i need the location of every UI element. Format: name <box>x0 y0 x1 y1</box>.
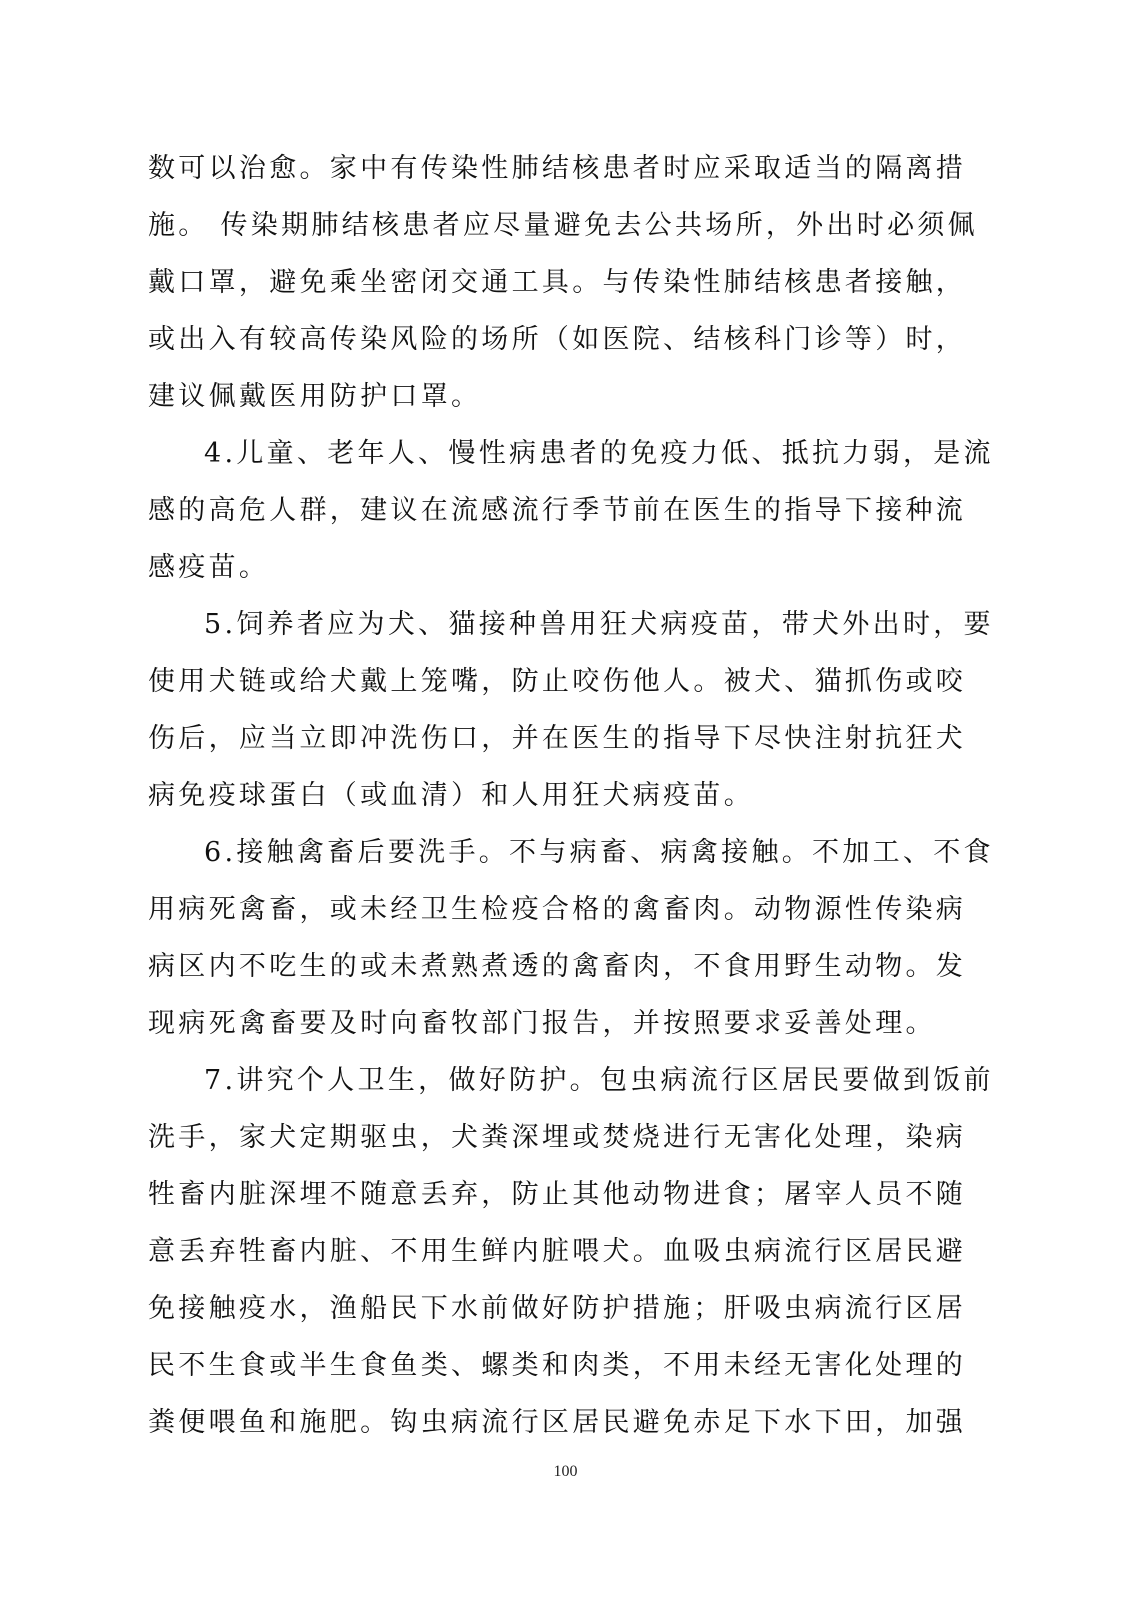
paragraph-item-5-rabies: 5.饲养者应为犬、猫接种兽用狂犬病疫苗，带犬外出时，要 使用犬链或给犬戴上笼嘴，… <box>148 596 964 824</box>
text-line: 数可以治愈。家中有传染性肺结核患者时应采取适当的隔离措 <box>148 140 964 197</box>
paragraph-item-4-influenza: 4.儿童、老年人、慢性病患者的免疫力低、抵抗力弱，是流 感的高危人群，建议在流感… <box>148 425 964 596</box>
text-line: 感的高危人群，建议在流感流行季节前在医生的指导下接种流 <box>148 482 964 539</box>
text-line: 5.饲养者应为犬、猫接种兽用狂犬病疫苗，带犬外出时，要 <box>148 596 964 653</box>
text-line: 病区内不吃生的或未煮熟煮透的禽畜肉，不食用野生动物。发 <box>148 938 964 995</box>
paragraph-item-7-parasites: 7.讲究个人卫生，做好防护。包虫病流行区居民要做到饭前 洗手，家犬定期驱虫，犬粪… <box>148 1052 964 1451</box>
text-line: 感疫苗。 <box>148 539 964 596</box>
document-body: 数可以治愈。家中有传染性肺结核患者时应采取适当的隔离措 施。 传染期肺结核患者应… <box>148 140 964 1451</box>
text-line: 洗手，家犬定期驱虫，犬粪深埋或焚烧进行无害化处理，染病 <box>148 1109 964 1166</box>
text-line: 牲畜内脏深埋不随意丢弃，防止其他动物进食；屠宰人员不随 <box>148 1166 964 1223</box>
text-line: 戴口罩，避免乘坐密闭交通工具。与传染性肺结核患者接触， <box>148 254 964 311</box>
text-line: 7.讲究个人卫生，做好防护。包虫病流行区居民要做到饭前 <box>148 1052 964 1109</box>
text-line: 民不生食或半生食鱼类、螺类和肉类，不用未经无害化处理的 <box>148 1337 964 1394</box>
text-line: 6.接触禽畜后要洗手。不与病畜、病禽接触。不加工、不食 <box>148 824 964 881</box>
text-line: 免接触疫水，渔船民下水前做好防护措施；肝吸虫病流行区居 <box>148 1280 964 1337</box>
text-line: 粪便喂鱼和施肥。钩虫病流行区居民避免赤足下水下田，加强 <box>148 1394 964 1451</box>
text-line: 使用犬链或给犬戴上笼嘴，防止咬伤他人。被犬、猫抓伤或咬 <box>148 653 964 710</box>
text-line: 建议佩戴医用防护口罩。 <box>148 368 964 425</box>
page-number: 100 <box>0 1463 1131 1481</box>
text-line: 或出入有较高传染风险的场所（如医院、结核科门诊等）时， <box>148 311 964 368</box>
text-line: 意丢弃牲畜内脏、不用生鲜内脏喂犬。血吸虫病流行区居民避 <box>148 1223 964 1280</box>
text-line: 伤后，应当立即冲洗伤口，并在医生的指导下尽快注射抗狂犬 <box>148 710 964 767</box>
text-line: 现病死禽畜要及时向畜牧部门报告，并按照要求妥善处理。 <box>148 995 964 1052</box>
text-line: 施。 传染期肺结核患者应尽量避免去公共场所，外出时必须佩 <box>148 197 964 254</box>
text-line: 4.儿童、老年人、慢性病患者的免疫力低、抵抗力弱，是流 <box>148 425 964 482</box>
paragraph-item-6-livestock: 6.接触禽畜后要洗手。不与病畜、病禽接触。不加工、不食 用病死禽畜，或未经卫生检… <box>148 824 964 1052</box>
text-line: 用病死禽畜，或未经卫生检疫合格的禽畜肉。动物源性传染病 <box>148 881 964 938</box>
text-line: 病免疫球蛋白（或血清）和人用狂犬病疫苗。 <box>148 767 964 824</box>
paragraph-tuberculosis-continued: 数可以治愈。家中有传染性肺结核患者时应采取适当的隔离措 施。 传染期肺结核患者应… <box>148 140 964 425</box>
